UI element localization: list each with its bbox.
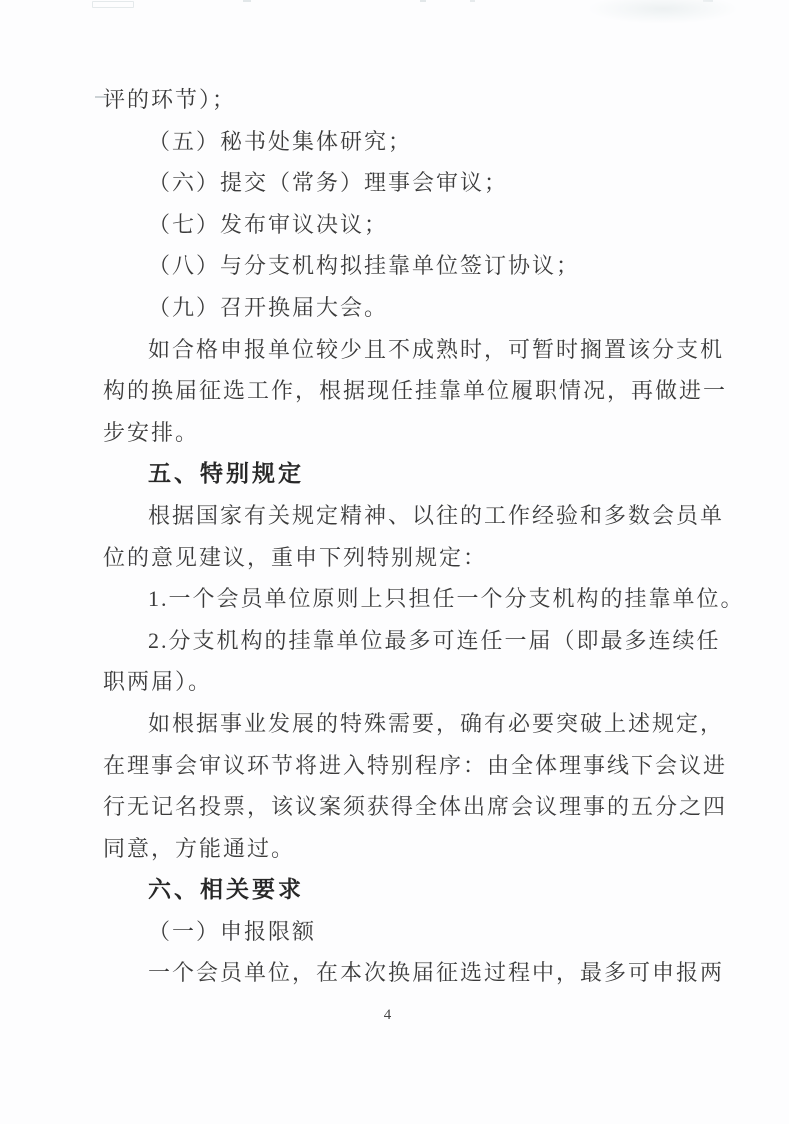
scan-artifact (588, 0, 738, 24)
list-item: 1.一个会员单位原则上只担任一个分支机构的挂靠单位。 (103, 578, 689, 620)
scan-artifact (243, 0, 251, 2)
list-item: （八）与分支机构拟挂靠单位签订协议； (103, 245, 689, 287)
scan-artifact (420, 0, 426, 2)
text-line: 如根据事业发展的特殊需要，确有必要突破上述规定， (103, 703, 689, 745)
scan-artifact (703, 0, 713, 2)
list-item: 2.分支机构的挂靠单位最多可连任一届（即最多连续任 (103, 620, 689, 662)
text-line: 位的意见建议，重申下列特别规定： (103, 537, 689, 579)
text-line: 职两届）。 (103, 661, 689, 703)
page-number: 4 (0, 1003, 775, 1027)
section-heading: 五、特别规定 (103, 453, 689, 495)
text-line: 构的换届征选工作，根据现任挂靠单位履职情况，再做进一 (103, 370, 689, 412)
text-line: 在理事会审议环节将进入特别程序：由全体理事线下会议进 (103, 745, 689, 787)
text-line: 行无记名投票，该议案须获得全体出席会议理事的五分之四 (103, 786, 689, 828)
section-heading: 六、相关要求 (103, 869, 689, 911)
document-page: 评的环节）； （五）秘书处集体研究； （六）提交（常务）理事会审议； （七）发布… (0, 0, 789, 1124)
scan-artifact (470, 0, 475, 2)
text-line: 步安排。 (103, 412, 689, 454)
text-line: 如合格申报单位较少且不成熟时，可暂时搁置该分支机 (103, 329, 689, 371)
list-item: （一）申报限额 (103, 911, 689, 953)
list-item: （九）召开换届大会。 (103, 287, 689, 329)
text-line: 根据国家有关规定精神、以往的工作经验和多数会员单 (103, 495, 689, 537)
text-line: 评的环节）； (103, 79, 689, 121)
scan-artifact (92, 1, 134, 8)
list-item: （五）秘书处集体研究； (103, 121, 689, 163)
list-item: （七）发布审议决议； (103, 204, 689, 246)
text-line: 同意，方能通过。 (103, 828, 689, 870)
list-item: （六）提交（常务）理事会审议； (103, 162, 689, 204)
text-line: 一个会员单位，在本次换届征选过程中，最多可申报两 (103, 952, 689, 994)
document-body: 评的环节）； （五）秘书处集体研究； （六）提交（常务）理事会审议； （七）发布… (103, 79, 689, 994)
